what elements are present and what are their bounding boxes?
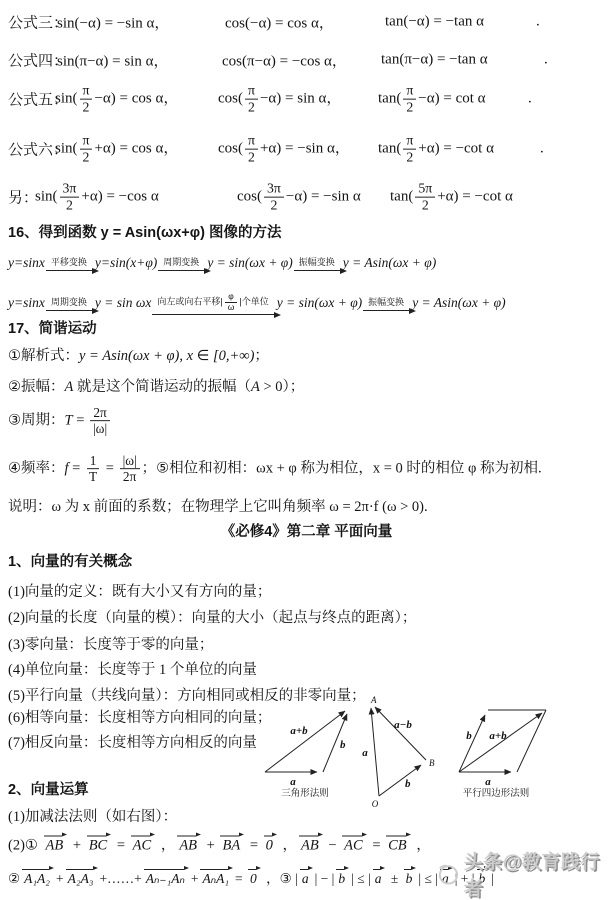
formula-tan: tan(π−α) = −tan α [381, 52, 488, 69]
section-1-title: 1、向量的有关概念 [8, 553, 132, 572]
vector-symbol: AB [299, 838, 321, 855]
formula-sin: sin(−α) = −sin α， [57, 12, 169, 33]
watermark-text: 头条@教育践行者 [464, 847, 613, 900]
text: ， [279, 838, 297, 854]
formula-tan: tan(π2−α) = cot α [378, 83, 486, 116]
label-b: b [466, 730, 472, 742]
formula-cos: cos(π2+α) = −sin α， [218, 133, 350, 166]
concept-item-7: (7)相反向量：长度相等方向相反的向量 [8, 734, 257, 753]
harmonic-note: 说明：ω 为 x 前面的系数；在物理学上它叫角频率 ω = 2π·f (ω > … [8, 498, 428, 517]
formula-row-4: 公式四： sin(π−α) = sin α， cos(π−α) = −cos α… [8, 42, 613, 78]
text: sin( [55, 90, 78, 106]
text: −α) = sin α， [260, 90, 341, 106]
transform-arrow: 振幅变换 [294, 252, 340, 271]
vector-subtraction-diagram: A O B a b a−b [362, 695, 435, 809]
label-a: a [362, 747, 368, 759]
text: = [102, 460, 117, 476]
vector-a-arrow [371, 708, 379, 796]
fraction-numerator: π [80, 133, 93, 150]
fraction-denominator: T [86, 470, 100, 485]
formula-label: 另： [8, 187, 38, 208]
vector-symbol: A₂A₃ [66, 871, 96, 887]
label-b: b [405, 778, 411, 790]
label-a-minus-b: a−b [394, 719, 412, 731]
fraction-denominator: 2 [63, 198, 76, 214]
text: = [246, 838, 261, 854]
transform-arrow-label: 振幅变换 [294, 257, 340, 271]
formula-tan: tan(−α) = −tan α [385, 14, 484, 31]
fraction: 3π2 [60, 181, 80, 214]
fraction-denominator: 2 [403, 100, 416, 116]
text: + [203, 838, 218, 854]
vector-symbol: BA [220, 838, 242, 855]
ops-rule-line: (1)加减法法则（如右图）： [8, 808, 177, 827]
text: 周期变换 [163, 257, 199, 267]
text: +α) = cos α， [94, 140, 178, 156]
frequency-formula: ④频率：f = 1T = |ω|2π；⑤相位和初相：ωx + φ 称为相位，x … [8, 453, 542, 485]
vector-a-plus-b-arrow [459, 713, 542, 772]
text: 振幅变换 [299, 257, 335, 267]
transform-arrow-label: 平移变换 [46, 257, 92, 271]
triangle-rule-caption: 三角形法则 [281, 787, 329, 799]
text: ± [387, 871, 401, 886]
text: cos(π−α) = −cos α， [222, 54, 347, 70]
text: ，③ | [263, 871, 298, 886]
point-O: O [372, 799, 379, 809]
text: (2)① [8, 838, 42, 854]
fraction: 2π|ω| [90, 405, 110, 437]
section-2-title: 2、向量运算 [8, 781, 89, 800]
fraction-numerator: π [245, 83, 258, 100]
text: 向左或向右平移| [157, 297, 222, 307]
concept-item-3: (3)零向量：长度等于零的向量； [8, 636, 213, 655]
math-text: y=sinx [8, 255, 45, 270]
fraction-numerator: 5π [415, 181, 435, 198]
vector-symbol: AC [342, 838, 365, 855]
transform-arrow-label: 周期变换 [46, 297, 92, 311]
fraction: π2 [80, 133, 93, 166]
text: sin( [55, 140, 78, 156]
row-period: . [536, 14, 540, 31]
text: cos(−α) = cos α， [225, 16, 334, 32]
fraction-numerator: 2π [90, 405, 109, 421]
text: +α) = −cot α [418, 140, 494, 156]
vector-symbol: AC [131, 838, 154, 855]
vector-a-minus-b-arrow [375, 707, 426, 760]
text: + [56, 871, 64, 886]
concept-item-2: (2)向量的长度（向量的模）：向量的大小（起点与终点的距离）； [8, 609, 416, 628]
text: tan( [390, 188, 413, 204]
fraction-denominator: 2 [245, 150, 258, 166]
text: ， [413, 838, 431, 854]
watermark-logo-icon [436, 861, 461, 887]
section-16-title: 16、得到函数 y = Asin(ωx+φ) 图像的方法 [8, 224, 281, 243]
text: + [69, 838, 84, 854]
document-page: 公式三： sin(−α) = −sin α， cos(−α) = cos α， … [0, 0, 613, 900]
vector-b-arrow [379, 765, 421, 796]
math-text: y=sin(x+φ) [95, 255, 157, 270]
fraction: 1T [86, 453, 100, 485]
harmonic-frequency: ④频率：f = 1T = |ω|2π；⑤相位和初相：ωx + φ 称为相位，x … [8, 446, 613, 492]
vector-b-arrow [459, 715, 485, 772]
fraction-denominator: 2 [267, 198, 280, 214]
fraction: π2 [245, 83, 258, 116]
concept-item-6: (6)相等向量：长度相等方向相同的向量； [8, 709, 271, 728]
math-text: y = Asin(ωx + φ) [343, 255, 436, 270]
vector-symbol: BC [87, 838, 110, 855]
text: +……+ [100, 871, 142, 886]
vector-identity-formulas: (2)① AB + BC = AC ，AB + BA = 0 ，AB − AC … [8, 834, 431, 855]
point-A: A [370, 695, 377, 705]
text: −α) = cos α， [94, 90, 178, 106]
vector-symbol: a [373, 871, 384, 887]
fraction: π2 [80, 83, 93, 116]
parallelogram-rule-diagram: b a+b a 平行四边形法则 [459, 710, 546, 799]
concept-item-1: (1)向量的定义：既有大小又有方向的量； [8, 583, 271, 602]
label-a: a [290, 776, 296, 788]
vector-symbol: AₙA₁ [200, 871, 231, 887]
text: tan( [378, 90, 401, 106]
text: 就是这个简谐运动的振幅（ [73, 379, 251, 395]
vector-symbol: A₁A₂ [22, 871, 52, 887]
vector-symbol: Aₙ₋₁Aₙ [144, 871, 187, 887]
text: cos( [237, 188, 262, 204]
triangle-rule-diagram: a+b b a 三角形法则 [265, 711, 347, 799]
transform-arrow-label: 向左或向右平移|φω|个单位 [152, 292, 273, 315]
text: ；⑤相位和初相：ωx + φ 称为相位，x = 0 时的相位 φ 称为初相. [142, 460, 542, 476]
point-B: B [429, 758, 435, 768]
math-text: y = sin(ωx + φ) [277, 295, 362, 310]
row-period: . [528, 91, 532, 108]
text: = [113, 838, 128, 854]
vector-symbol: AB [177, 838, 199, 855]
text: |个单位 [239, 297, 268, 307]
formula-sin: sin(π2−α) = cos α， [55, 83, 178, 116]
parallelogram-right-edge [517, 710, 546, 772]
fraction-numerator: |ω| [120, 453, 140, 469]
text: +α) = −cot α [437, 188, 513, 204]
concept-item-4: (4)单位向量：长度等于 1 个单位的向量 [8, 661, 257, 680]
text: sin(π−α) = sin α， [57, 54, 168, 70]
formula-sin: sin(π−α) = sin α， [57, 50, 168, 71]
section-17-title: 17、简谐运动 [8, 320, 97, 339]
harmonic-amplitude: ②振幅：A 就是这个简谐运动的振幅（A > 0）； [8, 378, 304, 397]
text: ②振幅： [8, 379, 65, 395]
fraction: π2 [403, 133, 416, 166]
vector-symbol: a [300, 871, 311, 887]
text: − [325, 838, 340, 854]
fraction: π2 [245, 133, 258, 166]
text: +α) = −cos α [81, 188, 158, 204]
vector-symbol: 0 [248, 871, 259, 887]
label-b: b [340, 739, 346, 751]
fraction-denominator: 2 [419, 198, 432, 214]
math-text: y = Asin(ωx + φ), x ∈ [0,+∞) [79, 348, 254, 364]
text: sin( [35, 188, 58, 204]
transform-arrow: 周期变换 [46, 292, 92, 311]
formula-sin: sin(3π2+α) = −cos α [35, 181, 159, 214]
text: sin(−α) = −sin α， [57, 16, 169, 32]
formula-row-extra: 另： sin(3π2+α) = −cos α cos(3π2−α) = −sin… [8, 174, 613, 220]
formula-row-3: 公式三： sin(−α) = −sin α， cos(−α) = cos α， … [8, 4, 613, 40]
text: −α) = cot α [418, 90, 485, 106]
text: = [369, 838, 384, 854]
fraction-numerator: π [403, 83, 416, 100]
row-period: . [540, 141, 544, 158]
text: ③周期： [8, 412, 65, 428]
text: +α) = −sin α， [260, 140, 350, 156]
text: cos( [218, 140, 243, 156]
label-a: a [485, 776, 491, 788]
vector-symbol: b [404, 871, 415, 887]
chapter-title: 《必修4》第二章 平面向量 [0, 523, 613, 542]
text: 周期变换 [51, 297, 87, 307]
math-text: y=sinx [8, 295, 45, 310]
formula-cos: cos(−α) = cos α， [225, 12, 334, 33]
row-period: . [544, 52, 548, 69]
fraction: φω [225, 292, 238, 313]
vector-symbol: 0 [264, 838, 275, 855]
transform-arrow-label: 周期变换 [158, 257, 204, 271]
vector-symbol: CB [386, 838, 409, 855]
fraction-numerator: 3π [60, 181, 80, 198]
formula-tan: tan(5π2+α) = −cot α [390, 181, 513, 214]
vector-diagrams: a+b b a 三角形法则 A O B a b a−b b a+b a [243, 694, 613, 810]
fraction: 5π2 [415, 181, 435, 214]
transform-arrow: 振幅变换 [363, 292, 409, 311]
parallelogram-rule-caption: 平行四边形法则 [463, 787, 530, 799]
math-text: A [251, 379, 260, 395]
fraction-denominator: |ω| [90, 422, 110, 437]
fraction-numerator: 1 [87, 453, 100, 469]
text: cos( [218, 90, 243, 106]
harmonic-period: ③周期：T = 2π|ω| [8, 398, 613, 444]
fraction-denominator: 2π [120, 470, 139, 485]
vector-a-plus-b-arrow [265, 711, 345, 772]
formula-sin: sin(π2+α) = cos α， [55, 133, 178, 166]
harmonic-expression: ①解析式：y = Asin(ωx + φ), x ∈ [0,+∞)； [8, 347, 269, 366]
text: | ≤ | [351, 871, 371, 886]
fraction-denominator: 2 [80, 100, 93, 116]
transform-chain-2: y=sinx周期变换y = sin ωx向左或向右平移|φω|个单位y = si… [8, 292, 506, 315]
text: tan( [378, 140, 401, 156]
math-text: T [65, 412, 73, 428]
transform-chain-1: y=sinx平移变换y=sin(x+φ)周期变换y = sin(ωx + φ)振… [8, 252, 436, 272]
formula-tan: tan(π2+α) = −cot α [378, 133, 494, 166]
formula-cos: cos(π2−α) = sin α， [218, 83, 341, 116]
text: 振幅变换 [368, 297, 404, 307]
transform-arrow: 平移变换 [46, 252, 92, 271]
fraction: 3π2 [264, 181, 284, 214]
watermark: 头条@教育践行者 [436, 852, 613, 896]
text: tan(−α) = −tan α [385, 14, 484, 30]
text: = [235, 871, 246, 886]
fraction-numerator: π [403, 133, 416, 150]
text: > 0）； [260, 379, 304, 395]
text: tan(π−α) = −tan α [381, 52, 488, 68]
formula-cos: cos(π−α) = −cos α， [222, 50, 347, 71]
math-text: y = Asin(ωx + φ) [412, 295, 505, 310]
text: | − | [315, 871, 335, 886]
text: ④频率： [8, 460, 65, 476]
label-a-plus-b: a+b [290, 725, 308, 737]
fraction: |ω|2π [120, 453, 140, 485]
text: = [69, 460, 84, 476]
formula-row-5: 公式五： sin(π2−α) = cos α， cos(π2−α) = sin … [8, 76, 613, 122]
vector-chain-formulas: ②A₁A₂+A₂A₃+……+Aₙ₋₁Aₙ+AₙA₁= 0 ，③ |a| − |b… [8, 867, 494, 887]
formula-row-6: 公式六： sin(π2+α) = cos α， cos(π2+α) = −sin… [8, 126, 613, 172]
formula-cos: cos(3π2−α) = −sin α [237, 181, 361, 214]
transform-arrow-label: 振幅变换 [363, 297, 409, 311]
transform-arrow: 周期变换 [158, 252, 204, 271]
text: = [73, 412, 88, 428]
fraction-denominator: 2 [245, 100, 258, 116]
fraction-denominator: 2 [403, 150, 416, 166]
math-text: y = sin(ωx + φ) [207, 255, 292, 270]
fraction-numerator: π [245, 133, 258, 150]
text: ； [254, 348, 269, 364]
fraction-numerator: 3π [264, 181, 284, 198]
math-text: y = sin ωx [95, 295, 152, 310]
text: + [191, 871, 199, 886]
vector-symbol: AB [44, 838, 66, 855]
vector-symbol: b [336, 871, 347, 887]
fraction-denominator: ω [225, 303, 238, 313]
fraction-numerator: π [80, 83, 93, 100]
text: −α) = −sin α [286, 188, 361, 204]
text: ② [8, 871, 20, 886]
label-a-plus-b: a+b [489, 730, 507, 742]
period-formula: ③周期：T = 2π|ω| [8, 405, 112, 437]
text: 平移变换 [51, 257, 87, 267]
text: ①解析式： [8, 348, 79, 364]
fraction: π2 [403, 83, 416, 116]
transform-arrow: 向左或向右平移|φω|个单位 [152, 292, 273, 315]
fraction-denominator: 2 [80, 150, 93, 166]
text: ， [157, 838, 175, 854]
